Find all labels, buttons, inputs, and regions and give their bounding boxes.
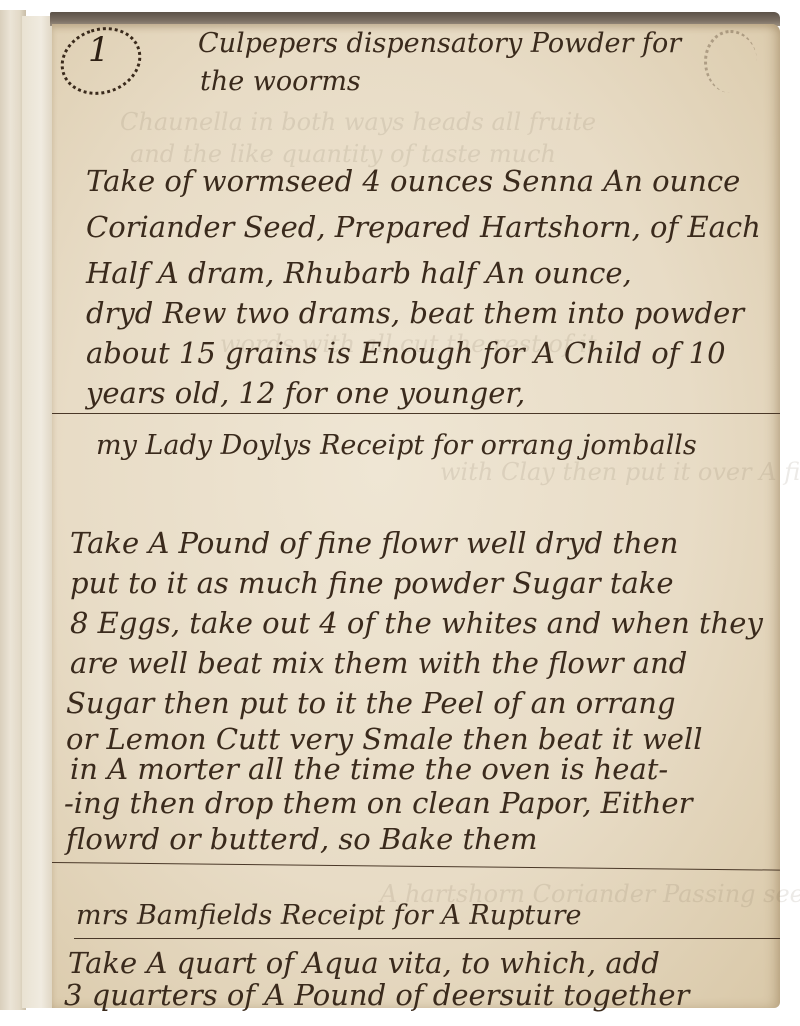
recipe-line: dryd Rew two drams, beat them into powde… (86, 296, 744, 330)
recipe-line: in A morter all the time the oven is hea… (70, 752, 668, 786)
folio-number: 1 (88, 30, 110, 70)
show-through-text: Chaunella in both ways heads all fruite (120, 108, 596, 136)
recipe-line: Coriander Seed, Prepared Hartshorn, of E… (86, 210, 761, 244)
recipe-line: Take A quart of Aqua vita, to which, add (68, 946, 660, 980)
recipe-line: Take of wormseed 4 ounces Senna An ounce (86, 164, 740, 198)
recipe-line: flowrd or butterd, so Bake them (66, 822, 538, 856)
recipe-line: Half A dram, Rhubarb half An ounce, (86, 256, 632, 290)
recipe-line: about 15 grains is Enough for A Child of… (86, 336, 726, 370)
pin-hole-marks (704, 30, 757, 93)
recipe-line: are well beat mix them with the flowr an… (70, 646, 687, 680)
recipe-line: 8 Eggs, take out 4 of the whites and whe… (70, 606, 763, 640)
show-through-text: with Clay then put it over A fier in (440, 458, 800, 486)
recipe-line: or Lemon Cutt very Smale then beat it we… (66, 722, 703, 756)
recipe-line: Take A Pound of fine flowr well dryd the… (70, 526, 678, 560)
recipe-line: years old, 12 for one younger, (86, 376, 525, 410)
recipe-line: Sugar then put to it the Peel of an orra… (66, 686, 676, 720)
flyleaf-edge (22, 16, 55, 1008)
heading-underline (74, 938, 780, 939)
recipe-line: 3 quarters of A Pound of deersuit togeth… (64, 978, 689, 1012)
section-divider (52, 413, 780, 414)
recipe-title: the woorms (200, 66, 361, 97)
recipe-line: put to it as much fine powder Sugar take (70, 566, 674, 600)
recipe-line: -ing then drop them on clean Papor, Eith… (64, 786, 692, 820)
recipe-title: my Lady Doylys Receipt for orrang jombal… (96, 430, 697, 461)
recipe-title: Culpepers dispensatory Powder for (198, 28, 681, 59)
recipe-title: mrs Bamfields Receipt for A Rupture (76, 900, 582, 931)
